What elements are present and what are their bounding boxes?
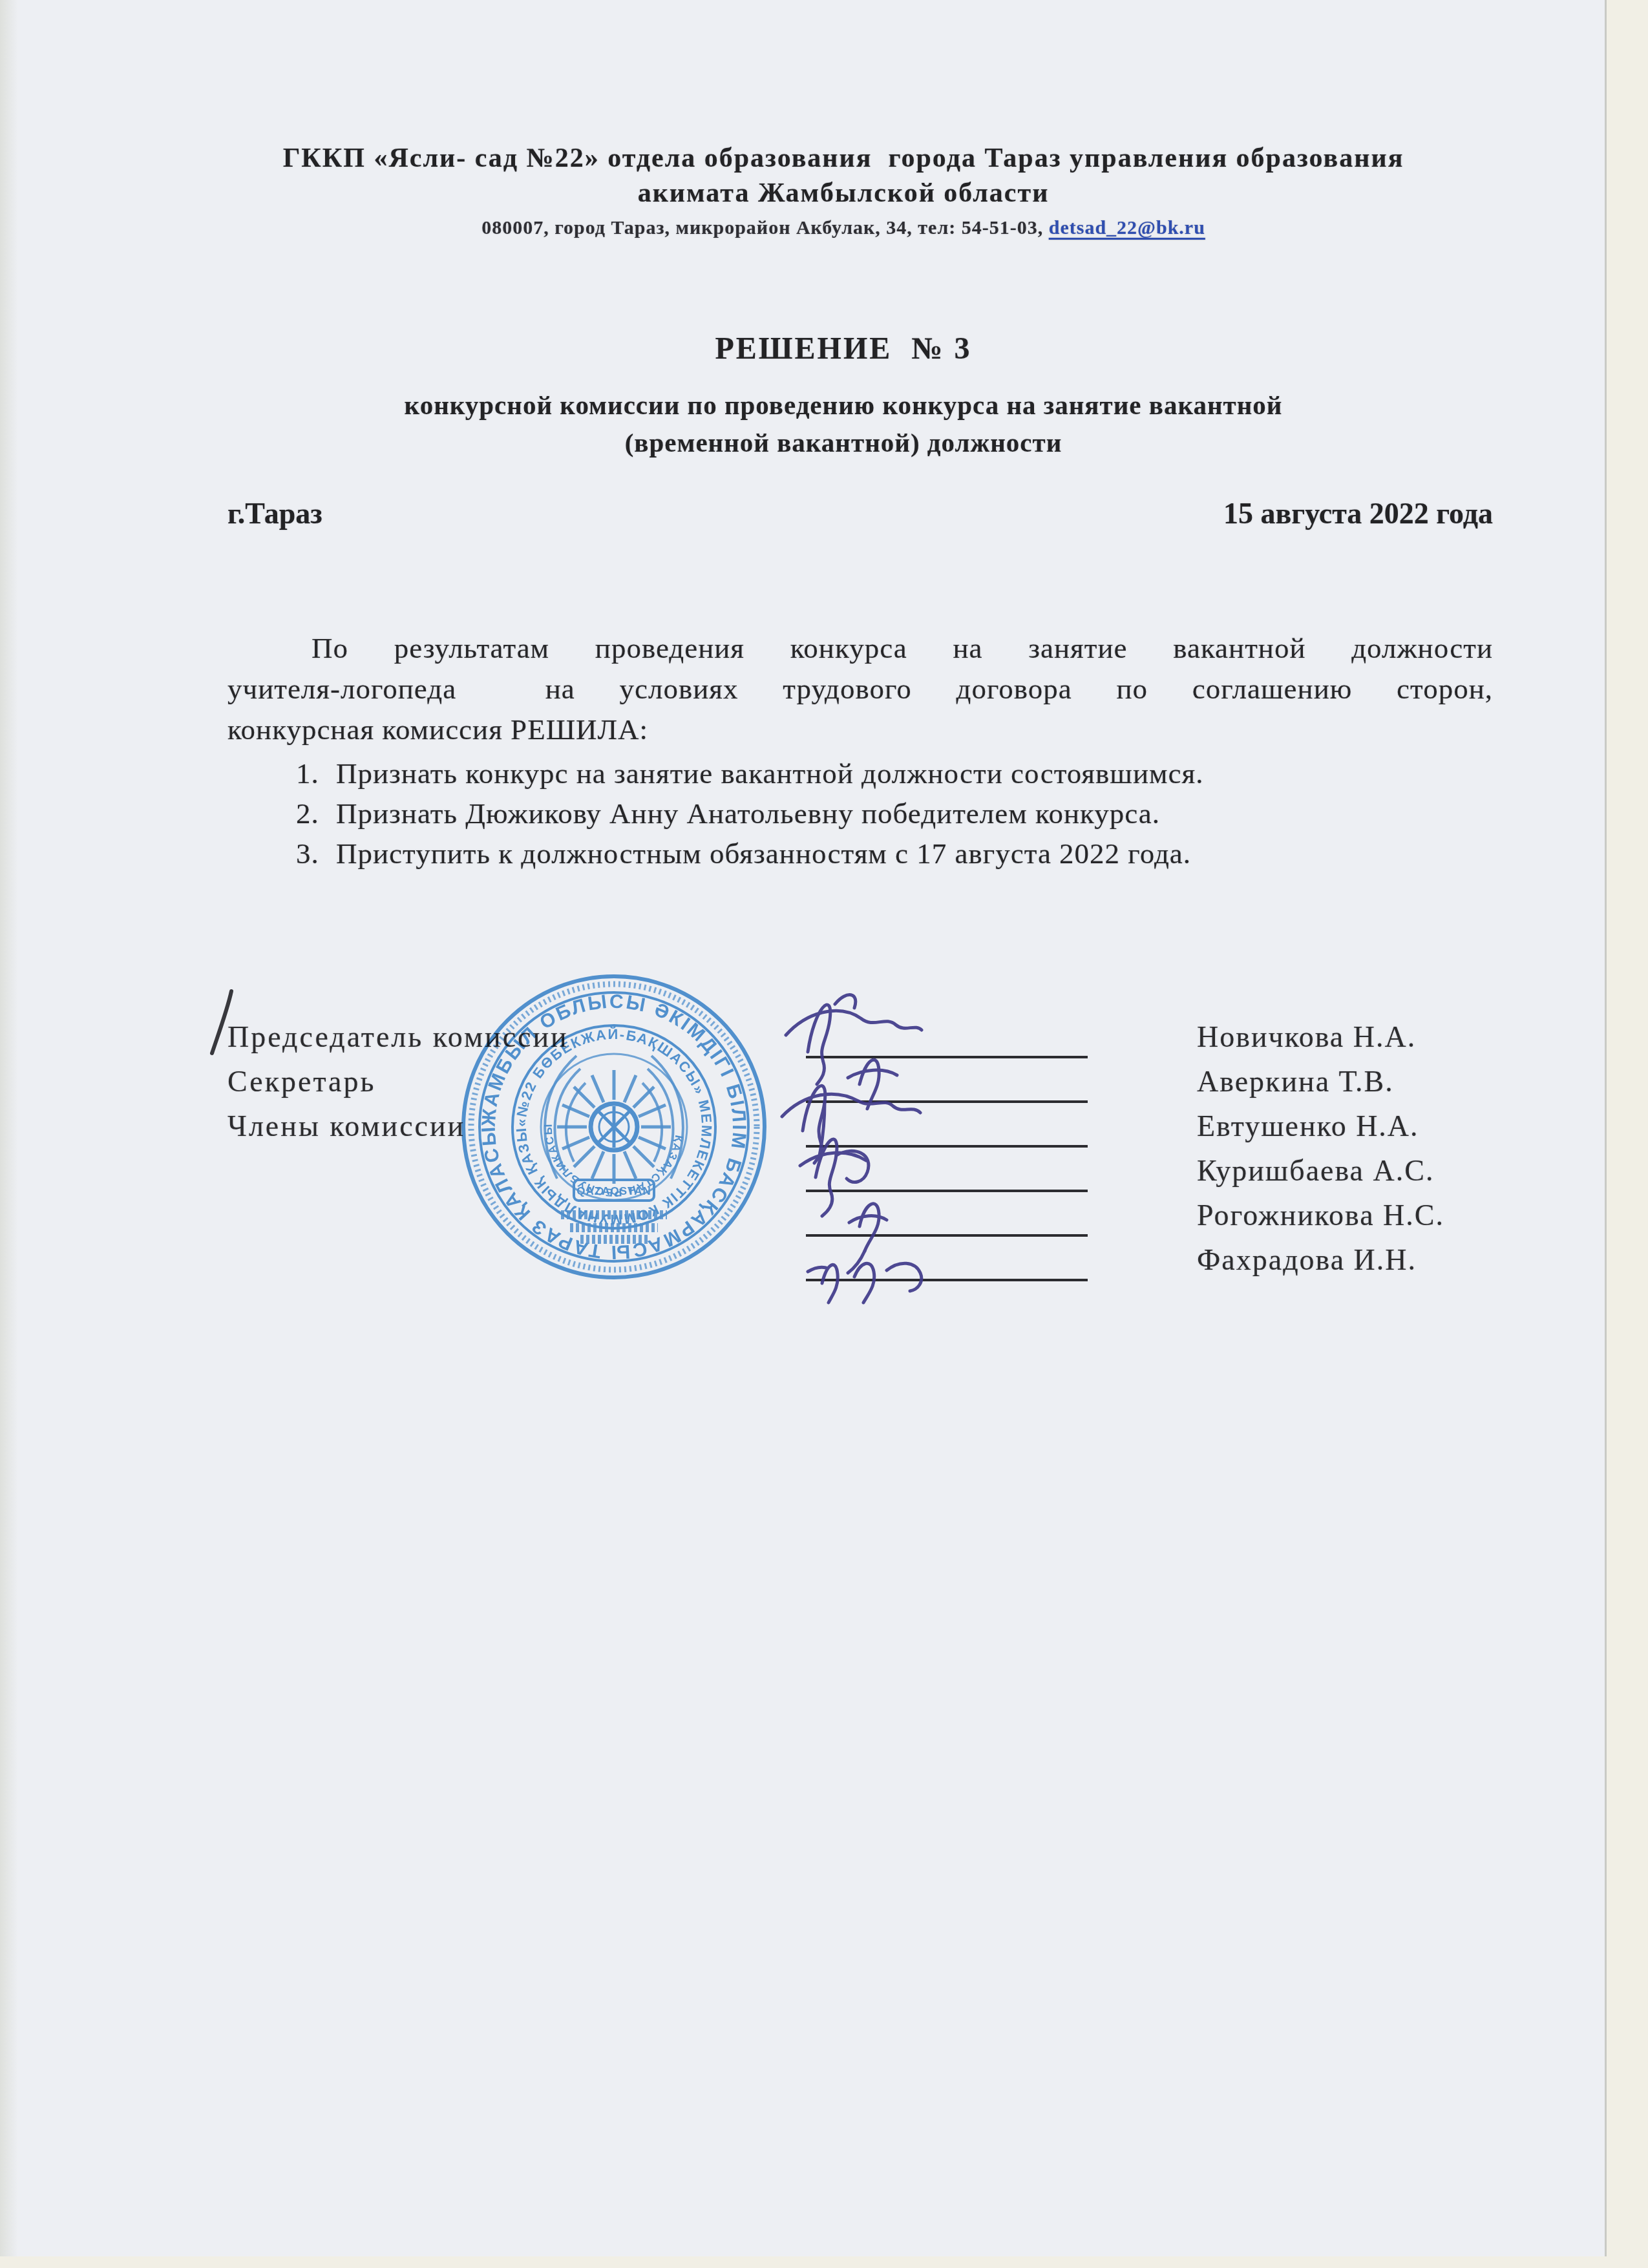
pen-slash-mark	[204, 987, 243, 1058]
list-item: 1. Признать конкурс на занятие вакантной…	[227, 753, 1493, 793]
member-name: Фахрадова И.Н.	[1197, 1243, 1501, 1277]
subtitle-line1: конкурсной комиссии по проведению конкур…	[207, 386, 1480, 424]
list-item-text: Приступить к должностным обязанностям с …	[336, 834, 1191, 874]
emblem-banner-text: QAZAQSTAN	[576, 1185, 651, 1197]
dateline-city: г.Тараз	[227, 496, 322, 530]
paper-sheet: ГККП «Ясли- сад №22» отдела образования …	[0, 0, 1607, 2256]
list-item: 2. Признать Дюжикову Анну Анатольевну по…	[227, 793, 1493, 834]
email-link[interactable]: detsad_22@bk.ru	[1049, 217, 1205, 238]
org-name-line2: акимата Жамбылской области	[207, 176, 1480, 211]
paragraph-line: конкурсная комиссия РЕШИЛА:	[227, 709, 1493, 750]
shanyrak-cross	[598, 1106, 629, 1148]
decision-list: 1. Признать конкурс на занятие вакантной…	[227, 753, 1493, 874]
dateline: г.Тараз 15 августа 2022 года	[227, 496, 1493, 530]
org-address: 080007, город Тараз, микрорайон Акбулак,…	[207, 217, 1480, 239]
document-subtitle: конкурсной комиссии по проведению конкур…	[207, 386, 1480, 461]
list-marker: 3.	[296, 834, 336, 874]
role-secretary: Секретарь	[227, 1064, 376, 1098]
list-item-text: Признать Дюжикову Анну Анатольевну побед…	[336, 793, 1160, 834]
org-header: ГККП «Ясли- сад №22» отдела образования …	[207, 141, 1480, 239]
paragraph-line: По результатам проведения конкурса на за…	[227, 628, 1493, 669]
org-address-text: 080007, город Тараз, микрорайон Акбулак,…	[481, 217, 1043, 238]
dateline-date: 15 августа 2022 года	[1223, 496, 1493, 530]
paragraph-line: учителя-логопеда на условиях трудового д…	[227, 669, 1493, 709]
signature-scribble-2	[848, 1060, 897, 1109]
org-name-line1: ГККП «Ясли- сад №22» отдела образования …	[207, 141, 1480, 176]
member-name: Евтушенко Н.А.	[1197, 1109, 1501, 1143]
signature-scribbles	[763, 980, 1125, 1309]
signature-scribble-6	[808, 1263, 922, 1303]
list-marker: 1.	[296, 753, 336, 793]
member-name: Куришбаева А.С.	[1197, 1153, 1501, 1188]
signature-scribble-1	[786, 995, 922, 1084]
list-item-text: Признать конкурс на занятие вакантной до…	[336, 753, 1203, 793]
member-name: Рогожникова Н.С.	[1197, 1198, 1501, 1232]
official-round-stamp: ЖАМБЫЛ ОБЛЫСЫ ӘКІМДІГІ БІЛІМ БАСҚАРМАСЫ …	[460, 973, 768, 1281]
member-name: Новичкова Н.А.	[1197, 1020, 1501, 1054]
list-item: 3. Приступить к должностным обязанностям…	[227, 834, 1493, 874]
signature-scribble-4	[800, 1139, 869, 1216]
decision-body: По результатам проведения конкурса на за…	[227, 628, 1493, 874]
document-title: РЕШЕНИЕ № 3	[207, 331, 1480, 366]
member-name: Аверкина Т.В.	[1197, 1064, 1501, 1098]
list-marker: 2.	[296, 793, 336, 834]
role-members: Члены комиссии	[227, 1109, 465, 1143]
subtitle-line2: (временной вакантной) должности	[207, 424, 1480, 461]
